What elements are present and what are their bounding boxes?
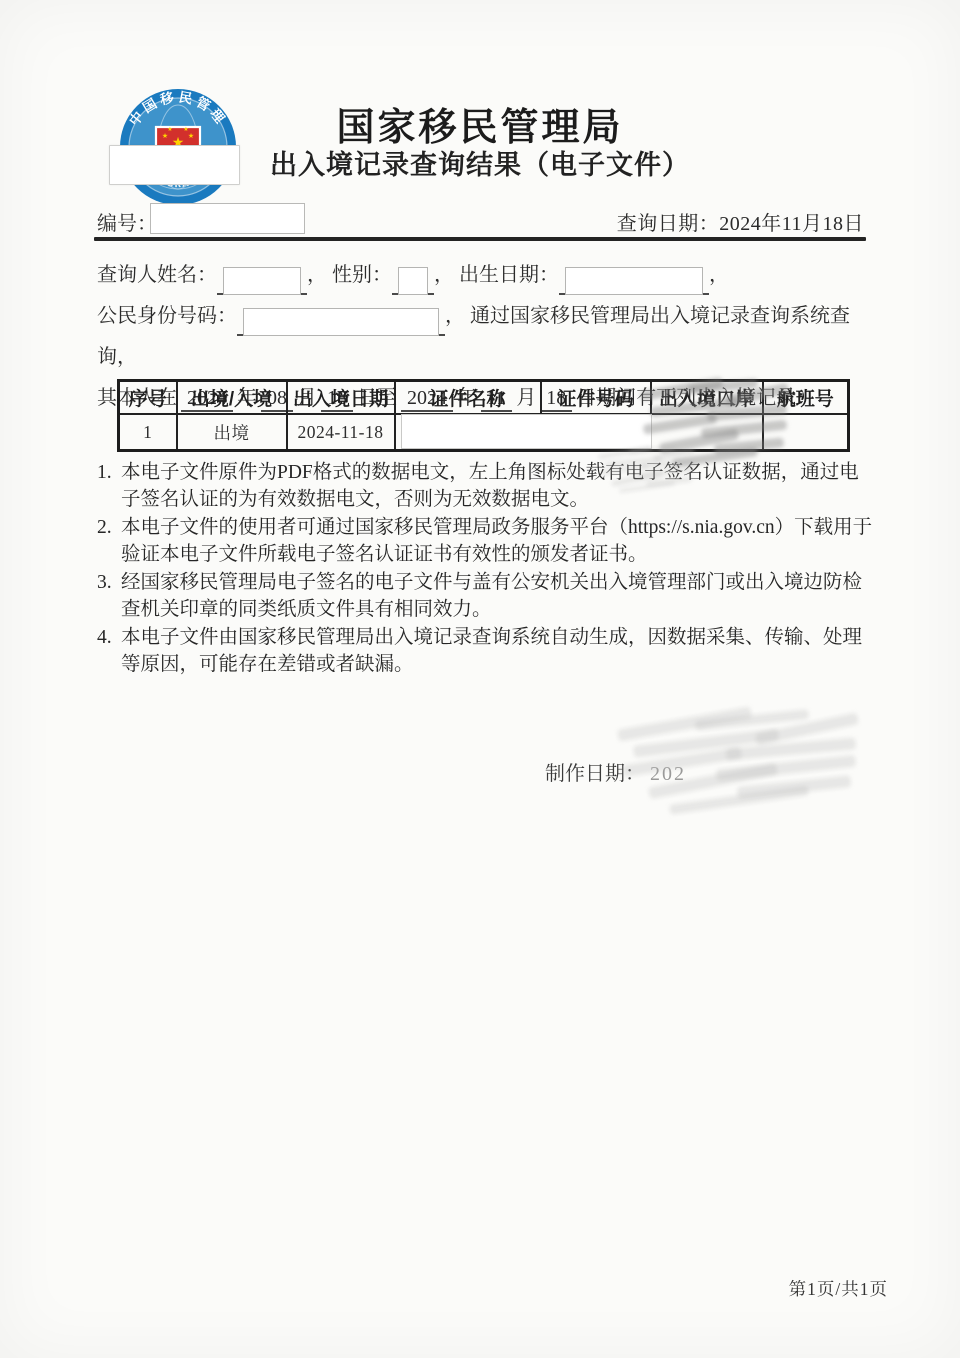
line1-comma: ， — [709, 264, 729, 286]
note-2-text: 本电子文件的使用者可通过国家移民管理局政务服务平台（https://s.nia.… — [121, 517, 872, 565]
notes-section: 1. 本电子文件原件为PDF格式的数据电文，左上角图标处载有电子签名认证数据，通… — [97, 460, 873, 680]
document-page: ★ ★ ★ ★ ★ 中国移民管理 IMMIGRATION 国家移民管理局 出入境… — [0, 0, 960, 1358]
info-line-2: 公民身份号码：， 通过国家移民管理局出入境记录查询系统查询， — [97, 296, 875, 378]
note-4-number: 4. — [97, 625, 112, 652]
document-cells-redaction-box — [401, 414, 652, 449]
name-blank — [217, 267, 307, 295]
note-2: 2. 本电子文件的使用者可通过国家移民管理局政务服务平台（https://s.n… — [97, 515, 873, 568]
query-date: 查询日期：2024年11月18日 — [617, 207, 864, 236]
note-4-text: 本电子文件由国家移民管理局出入境记录查询系统自动生成，因数据采集、传输、处理等原… — [121, 627, 862, 675]
query-date-value: 2024年11月18日 — [719, 213, 864, 235]
id-label: 公民身份号码： — [97, 305, 237, 327]
gender-redaction-box — [398, 267, 428, 295]
query-date-label: 查询日期： — [617, 213, 720, 235]
note-1: 1. 本电子文件原件为PDF格式的数据电文，左上角图标处载有电子签名认证数据，通… — [97, 460, 873, 513]
production-date-label: 制作日期： — [545, 763, 645, 785]
number-redaction-box — [150, 203, 305, 234]
table-overlay-layer — [117, 379, 849, 455]
note-2-number: 2. — [97, 515, 112, 542]
note-1-text: 本电子文件原件为PDF格式的数据电文，左上角图标处载有电子签名认证数据，通过电子… — [121, 462, 859, 510]
note-3-text: 经国家移民管理局电子签名的电子文件与盖有公安机关出入境管理部门或出入境边防检查机… — [121, 572, 862, 620]
logo-redaction-box — [109, 145, 240, 185]
production-date-line: 制作日期： 202 — [545, 757, 686, 786]
birth-separator: ， 出生日期： — [434, 264, 559, 286]
info-line-1: 查询人姓名：， 性别：， 出生日期：， — [97, 255, 875, 296]
id-redaction-box — [243, 308, 439, 336]
id-blank — [237, 308, 445, 336]
note-1-number: 1. — [97, 460, 112, 487]
name-redaction-box — [223, 267, 301, 295]
production-date-partial-value: 202 — [650, 763, 686, 785]
gender-separator: ， 性别： — [307, 264, 392, 286]
note-4: 4. 本电子文件由国家移民管理局出入境记录查询系统自动生成，因数据采集、传输、处… — [97, 625, 873, 678]
page-number: 第1页/共1页 — [789, 1276, 888, 1301]
header-divider — [94, 237, 866, 241]
note-3-number: 3. — [97, 570, 112, 597]
number-label: 编号： — [97, 207, 157, 236]
birth-redaction-box — [565, 267, 703, 295]
note-3: 3. 经国家移民管理局电子签名的电子文件与盖有公安机关出入境管理部门或出入境边防… — [97, 570, 873, 623]
gender-blank — [392, 267, 434, 295]
birth-blank — [559, 267, 709, 295]
name-label: 查询人姓名： — [97, 264, 217, 286]
